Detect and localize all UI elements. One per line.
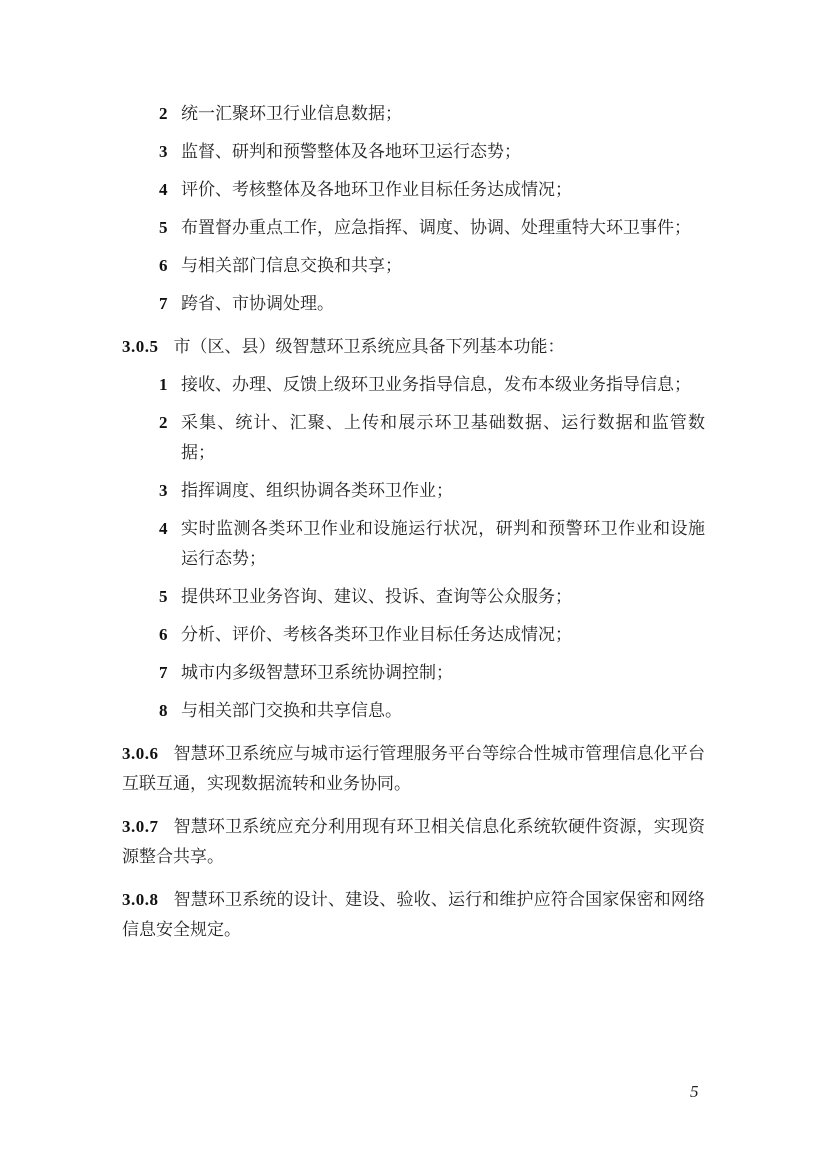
list-item: 2 采集、统计、汇聚、上传和展示环卫基础数据、运行数据和监管数据； xyxy=(122,408,705,468)
item-number: 5 xyxy=(159,582,168,612)
document-page: 2 统一汇聚环卫行业信息数据； 3 监督、研判和预警整体及各地环卫运行态势； 4… xyxy=(0,0,826,1169)
item-text: 实时监测各类环卫作业和设施运行状况，研判和预警环卫作业和设施运行态势； xyxy=(181,519,705,568)
section-paragraph-3-0-8: 3.0.8智慧环卫系统的设计、建设、验收、运行和维护应符合国家保密和网络信息安全… xyxy=(122,885,705,945)
list-item: 8 与相关部门交换和共享信息。 xyxy=(122,696,705,726)
item-text: 跨省、市协调处理。 xyxy=(181,294,334,313)
item-number: 4 xyxy=(159,175,168,205)
section-text: 市（区、县）级智慧环卫系统应具备下列基本功能： xyxy=(174,337,565,356)
item-number: 7 xyxy=(159,658,168,688)
item-text: 统一汇聚环卫行业信息数据； xyxy=(181,104,402,123)
item-text: 城市内多级智慧环卫系统协调控制； xyxy=(181,663,453,682)
item-text: 布置督办重点工作，应急指挥、调度、协调、处理重特大环卫事件； xyxy=(181,218,691,237)
item-text: 指挥调度、组织协调各类环卫作业； xyxy=(181,481,453,500)
section-text: 智慧环卫系统应与城市运行管理服务平台等综合性城市管理信息化平台互联互通，实现数据… xyxy=(122,744,705,793)
item-number: 8 xyxy=(159,696,168,726)
list-item: 5 布置督办重点工作，应急指挥、调度、协调、处理重特大环卫事件； xyxy=(122,213,705,243)
item-number: 2 xyxy=(159,408,168,438)
section-paragraph-3-0-6: 3.0.6智慧环卫系统应与城市运行管理服务平台等综合性城市管理信息化平台互联互通… xyxy=(122,739,705,799)
item-text: 采集、统计、汇聚、上传和展示环卫基础数据、运行数据和监管数据； xyxy=(181,413,705,462)
item-number: 3 xyxy=(159,137,168,167)
item-number: 5 xyxy=(159,213,168,243)
list-item: 7 城市内多级智慧环卫系统协调控制； xyxy=(122,658,705,688)
item-text: 与相关部门交换和共享信息。 xyxy=(181,701,402,720)
section-number: 3.0.7 xyxy=(122,817,159,836)
list-item: 3 监督、研判和预警整体及各地环卫运行态势； xyxy=(122,137,705,167)
item-text: 评价、考核整体及各地环卫作业目标任务达成情况； xyxy=(181,180,572,199)
item-number: 7 xyxy=(159,289,168,319)
page-number: 5 xyxy=(690,1081,699,1103)
list-item: 1 接收、办理、反馈上级环卫业务指导信息，发布本级业务指导信息； xyxy=(122,370,705,400)
item-number: 1 xyxy=(159,370,168,400)
list-item: 5 提供环卫业务咨询、建议、投诉、查询等公众服务； xyxy=(122,582,705,612)
list-item: 6 分析、评价、考核各类环卫作业目标任务达成情况； xyxy=(122,620,705,650)
section-paragraph-3-0-5: 3.0.5市（区、县）级智慧环卫系统应具备下列基本功能： xyxy=(122,332,705,362)
page-content: 2 统一汇聚环卫行业信息数据； 3 监督、研判和预警整体及各地环卫运行态势； 4… xyxy=(122,99,705,953)
section-number: 3.0.5 xyxy=(122,337,159,356)
list-item: 4 实时监测各类环卫作业和设施运行状况，研判和预警环卫作业和设施运行态势； xyxy=(122,514,705,574)
item-number: 4 xyxy=(159,514,168,544)
item-text: 提供环卫业务咨询、建议、投诉、查询等公众服务； xyxy=(181,587,572,606)
item-number: 6 xyxy=(159,251,168,281)
list-item: 6 与相关部门信息交换和共享； xyxy=(122,251,705,281)
item-text: 监督、研判和预警整体及各地环卫运行态势； xyxy=(181,142,521,161)
item-number: 3 xyxy=(159,476,168,506)
list-item: 4 评价、考核整体及各地环卫作业目标任务达成情况； xyxy=(122,175,705,205)
section-number: 3.0.8 xyxy=(122,890,159,909)
list-item: 7 跨省、市协调处理。 xyxy=(122,289,705,319)
item-text: 分析、评价、考核各类环卫作业目标任务达成情况； xyxy=(181,625,572,644)
item-number: 2 xyxy=(159,99,168,129)
section-text: 智慧环卫系统应充分利用现有环卫相关信息化系统软硬件资源，实现资源整合共享。 xyxy=(122,817,705,866)
list-item: 2 统一汇聚环卫行业信息数据； xyxy=(122,99,705,129)
item-number: 6 xyxy=(159,620,168,650)
section-text: 智慧环卫系统的设计、建设、验收、运行和维护应符合国家保密和网络信息安全规定。 xyxy=(122,890,705,939)
item-text: 接收、办理、反馈上级环卫业务指导信息，发布本级业务指导信息； xyxy=(181,375,691,394)
section-paragraph-3-0-7: 3.0.7智慧环卫系统应充分利用现有环卫相关信息化系统软硬件资源，实现资源整合共… xyxy=(122,812,705,872)
item-text: 与相关部门信息交换和共享； xyxy=(181,256,402,275)
section-number: 3.0.6 xyxy=(122,744,159,763)
list-item: 3 指挥调度、组织协调各类环卫作业； xyxy=(122,476,705,506)
